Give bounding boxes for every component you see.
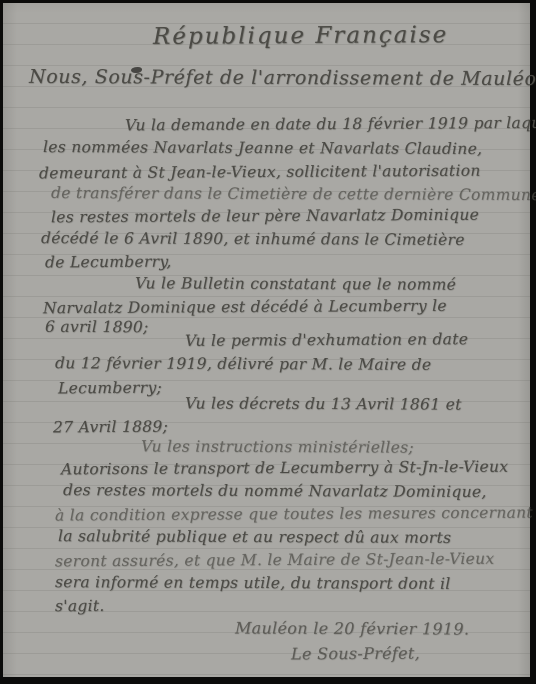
handwritten-line: 6 avril 1890;: [45, 318, 149, 336]
signature-line: Le Sous-Préfet,: [291, 644, 420, 664]
handwritten-line: Autorisons le transport de Lecumberry à …: [61, 458, 508, 479]
handwritten-line: 27 Avril 1889;: [53, 418, 168, 437]
handwritten-line: décédé le 6 Avril 1890, et inhumé dans l…: [41, 229, 465, 249]
paper-sheet: République Française Nous, Sous-Préfet d…: [3, 3, 530, 677]
handwritten-line: de Lecumberry,: [45, 253, 172, 272]
handwritten-line: des restes mortels du nommé Navarlatz Do…: [63, 481, 487, 501]
document-title: République Française: [153, 22, 448, 50]
handwritten-line: Vu les décrets du 13 Avril 1861 et: [185, 394, 462, 413]
handwritten-line: s'agit.: [55, 597, 105, 615]
handwritten-line: seront assurés, et que M. le Maire de St…: [55, 550, 495, 571]
handwritten-line: Vu le Bulletin constatant que le nommé: [135, 274, 456, 293]
handwritten-line: Narvalatz Dominique est décédé à Lecumbe…: [43, 297, 447, 317]
document-salutation: Nous, Sous-Préfet de l'arrondissement de…: [29, 66, 536, 90]
handwritten-line: du 12 février 1919, délivré par M. le Ma…: [55, 354, 431, 374]
handwritten-line: les nommées Navarlats Jeanne et Navarlat…: [43, 138, 482, 158]
handwritten-line: les restes mortels de leur père Navarlat…: [51, 206, 479, 227]
handwritten-line: demeurant à St Jean-le-Vieux, solliciten…: [39, 162, 481, 183]
handwritten-line: de transférer dans le Cimetière de cette…: [51, 184, 536, 204]
handwritten-line: sera informé en temps utile, du transpor…: [55, 573, 451, 593]
handwritten-line: Vu la demande en date du 18 février 1919…: [125, 114, 536, 135]
scanned-document: République Française Nous, Sous-Préfet d…: [0, 0, 536, 684]
handwritten-line: la salubrité publique et au respect dû a…: [58, 527, 451, 547]
handwritten-line: Vu les instructions ministérielles;: [141, 437, 414, 456]
handwritten-line: Vu le permis d'exhumation en date: [185, 330, 468, 350]
handwritten-line: à la condition expresse que toutes les m…: [55, 504, 533, 525]
place-date-line: Mauléon le 20 février 1919.: [235, 618, 469, 638]
handwritten-line: Lecumberry;: [58, 379, 162, 398]
